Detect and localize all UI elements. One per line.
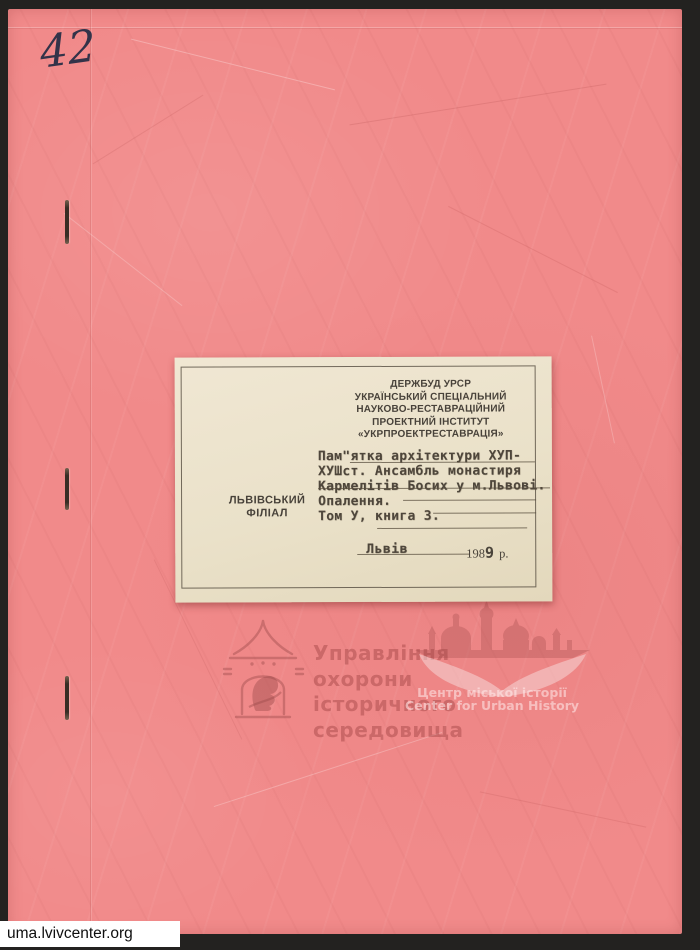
institution-header: ДЕРЖБУД УРСР УКРАЇНСЬКИЙ СПЕЦІАЛЬНИЙ НАУ… [350, 378, 512, 442]
typed-line: Кармелітів Босих у м.Львові. [318, 478, 546, 494]
binding-stitch [65, 468, 69, 510]
paper-crease [90, 9, 91, 934]
paper-crease [214, 732, 443, 807]
typed-line: Том У, книга 3. [318, 508, 546, 524]
year-printed: 198 [466, 547, 485, 561]
year-line: 1989 р. [466, 542, 508, 561]
institution-line: ПРОЕКТНИЙ ІНСТИТУТ [350, 416, 512, 429]
typed-line: Опалення. [318, 493, 546, 509]
paper-crease [591, 336, 615, 444]
url-caption-text: uma.lvivcenter.org [7, 925, 133, 942]
typed-line: ХУШст. Ансамбль монастиря [318, 463, 546, 479]
paper-crease [8, 27, 682, 28]
paper-crease [448, 206, 618, 293]
folder-cover: 42 Управління охорони історичного [8, 9, 682, 934]
url-caption: uma.lvivcenter.org [0, 921, 180, 947]
paper-crease [93, 95, 204, 165]
paper-crease [64, 213, 183, 306]
year-typed: 9 [485, 544, 494, 562]
title-label: ДЕРЖБУД УРСР УКРАЇНСЬКИЙ СПЕЦІАЛЬНИЙ НАУ… [175, 356, 553, 602]
institution-line: ДЕРЖБУД УРСР [350, 378, 512, 391]
institution-line: УКРАЇНСЬКИЙ СПЕЦІАЛЬНИЙ [350, 391, 512, 404]
binding-stitch [65, 200, 69, 244]
city-typed: Львів [366, 542, 408, 557]
paper-crease [480, 791, 646, 827]
watermark-line-en: Center for Urban History [402, 700, 582, 713]
folder-number-handwritten: 42 [39, 24, 98, 76]
watermark-line: середовища [313, 718, 463, 744]
paper-crease [131, 39, 335, 91]
institution-line: «УКРПРОЕКТРЕСТАВРАЦІЯ» [350, 429, 512, 442]
paper-crease [350, 84, 607, 126]
branch-name: ЛЬВІВСЬКИЙ ФІЛІАЛ [203, 494, 331, 520]
branch-line: ЛЬВІВСЬКИЙ [203, 494, 331, 507]
urban-history-watermark-text: Центр міської історії Center for Urban H… [402, 687, 582, 712]
year-suffix: р. [499, 546, 508, 560]
institution-line: НАУКОВО-РЕСТАВРАЦІЙНИЙ [350, 404, 512, 417]
scan-stage: 42 Управління охорони історичного [0, 0, 700, 950]
tower-lion-icon [222, 617, 305, 722]
binding-stitch [65, 676, 69, 720]
branch-line: ФІЛІАЛ [203, 507, 331, 520]
